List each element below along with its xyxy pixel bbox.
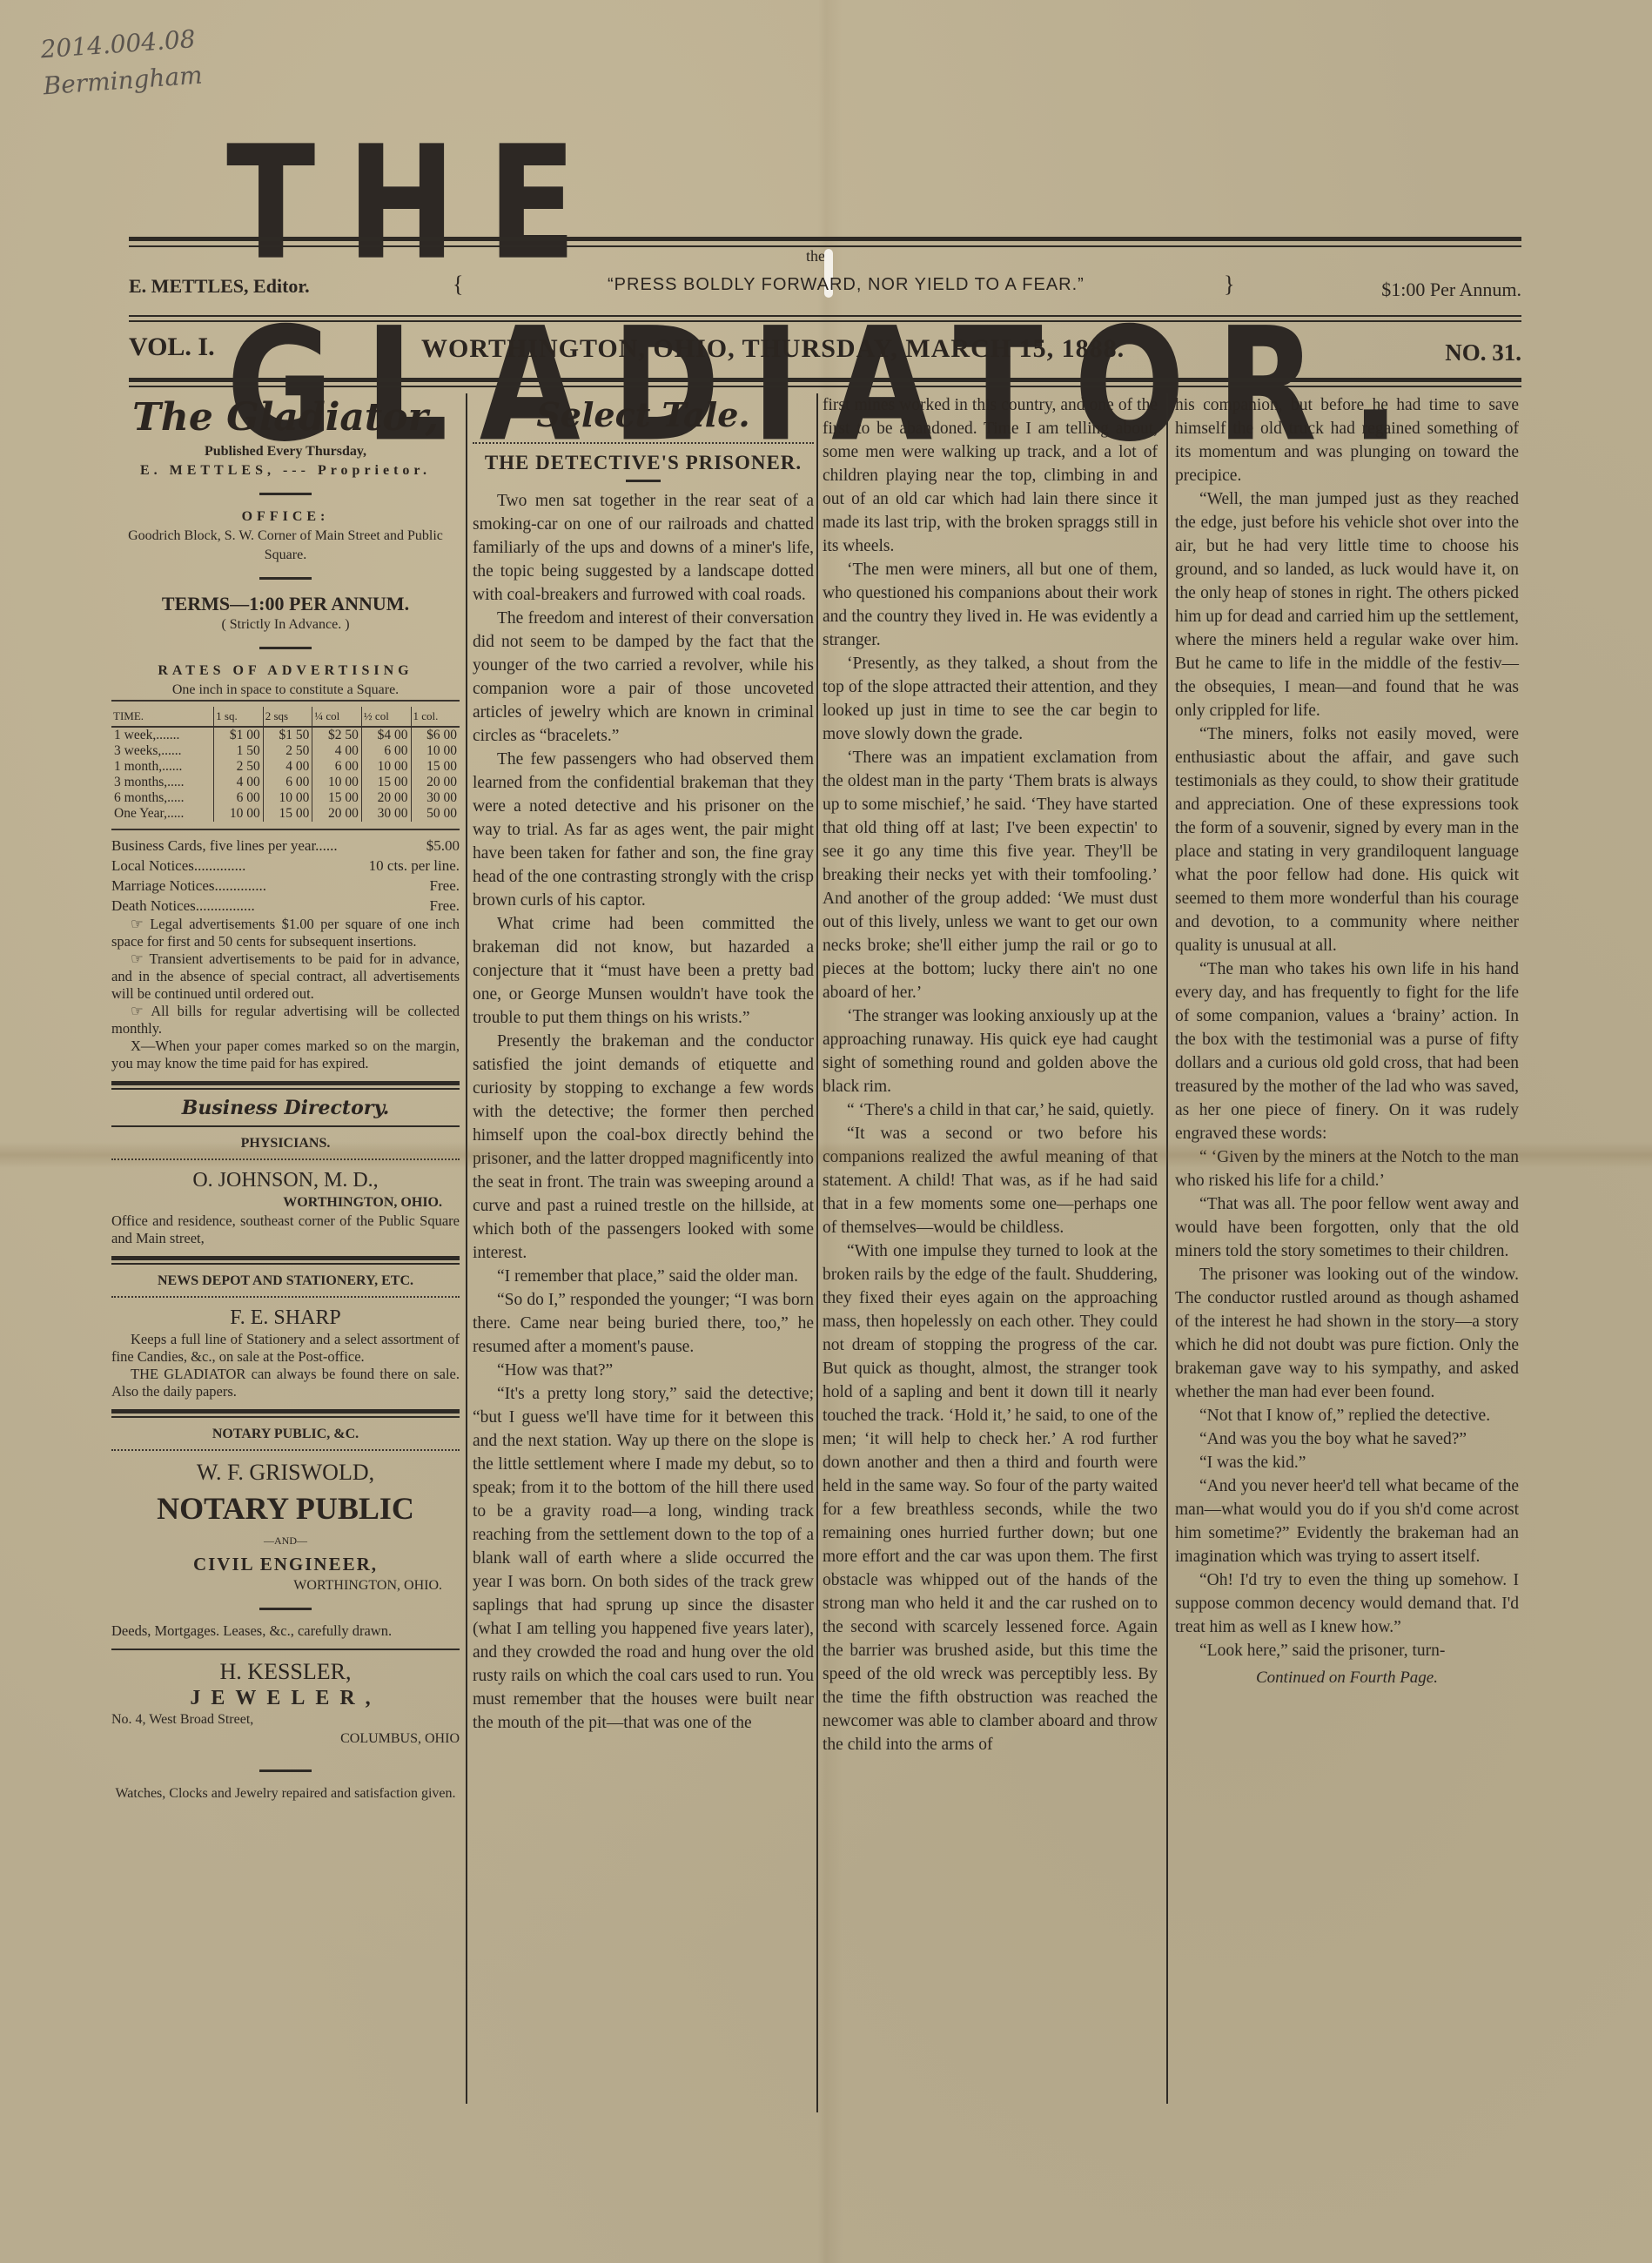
rates-heading: RATES OF ADVERTISING — [111, 661, 460, 681]
terms: TERMS—1:00 PER ANNUM. — [111, 592, 460, 615]
rates-cell: 1 week,....... — [111, 727, 214, 743]
rates-subheading: One inch in space to constitute a Square… — [111, 681, 460, 700]
column-divider — [1166, 393, 1168, 2104]
griswold-and: —AND— — [111, 1529, 460, 1553]
masthead-rule — [129, 245, 1521, 247]
rates-cell: 15 00 — [312, 790, 362, 806]
line-item-value: Free. — [430, 876, 460, 896]
rates-cell: 3 months,..... — [111, 775, 214, 790]
paper-name: The Gladiator, — [111, 393, 460, 442]
paragraph: first mines worked in this country, and … — [823, 393, 1158, 558]
notice: ☞ All bills for regular advertising will… — [111, 1003, 460, 1037]
rates-cell: $1 00 — [214, 727, 264, 743]
rates-cell: 4 00 — [263, 759, 312, 775]
line-item: Local Notices..............10 cts. per l… — [111, 856, 460, 876]
johnson-text: Office and residence, southeast corner o… — [111, 1212, 460, 1247]
line-item-label: Business Cards, five lines per year.....… — [111, 836, 338, 856]
rates-cell: 20 00 — [411, 775, 460, 790]
rates-header: 1 col. — [411, 707, 460, 727]
brace-right: } — [1224, 272, 1234, 298]
rates-cell: $1 50 — [263, 727, 312, 743]
dateline-row: VOL. I. WORTHINGTON, OHIO, THURSDAY, MAR… — [129, 332, 1521, 371]
news-depot-heading: NEWS DEPOT AND STATIONERY, ETC. — [111, 1272, 460, 1291]
paragraph: “I remember that place,” said the older … — [473, 1265, 814, 1288]
rates-cell: 6 months,..... — [111, 790, 214, 806]
rates-cell: $4 00 — [361, 727, 411, 743]
editor-credit: E. METTLES, Editor. — [129, 275, 310, 298]
paragraph: “Not that I know of,” replied the detect… — [1175, 1404, 1519, 1427]
masthead-rule — [129, 315, 1521, 317]
rates-cell: 30 00 — [411, 790, 460, 806]
continued-notice: Continued on Fourth Page. — [1175, 1666, 1519, 1689]
paragraph: “So do I,” responded the younger; “I was… — [473, 1288, 814, 1359]
newspaper-page: 2014.004.08 Bermingham THE GLADIATOR. th… — [0, 0, 1652, 2263]
rates-cell: $2 50 — [312, 727, 362, 743]
masthead-rule — [129, 386, 1521, 387]
rates-header: ¼ col — [312, 707, 362, 727]
rates-row: 1 week,....... $1 00 $1 50 $2 50 $4 00 $… — [111, 727, 460, 743]
paragraph: ‘The stranger was looking anxiously up a… — [823, 1004, 1158, 1098]
office-address: Goodrich Block, S. W. Corner of Main Str… — [111, 527, 460, 565]
griswold-title: NOTARY PUBLIC — [111, 1487, 460, 1529]
masthead-rule — [129, 237, 1521, 241]
paragraph: “How was that?” — [473, 1359, 814, 1382]
paragraph: “The man who takes his own life in his h… — [1175, 957, 1519, 1145]
line-item-value: $5.00 — [426, 836, 460, 856]
rates-header: 2 sqs — [263, 707, 312, 727]
line-item-value: 10 cts. per line. — [369, 856, 460, 876]
griswold-town: WORTHINGTON, OHIO. — [111, 1576, 460, 1595]
line-item-value: Free. — [430, 896, 460, 916]
rates-cell: One Year,..... — [111, 806, 214, 822]
business-directory-heading: Business Directory. — [111, 1097, 460, 1120]
rates-cell: 10 00 — [361, 759, 411, 775]
masthead-subrow: E. METTLES, Editor. { “PRESS BOLDLY FORW… — [129, 272, 1521, 306]
sharp-ad: Keeps a full line of Stationery and a se… — [111, 1331, 460, 1400]
johnson-town: WORTHINGTON, OHIO. — [111, 1193, 460, 1212]
terms-note: ( Strictly In Advance. ) — [111, 615, 460, 635]
paragraph: “Look here,” said the prisoner, turn- — [1175, 1639, 1519, 1662]
column-masthead-ads: The Gladiator, Published Every Thursday,… — [111, 393, 460, 1803]
ad-notices: ☞ Legal advertisements $1.00 per square … — [111, 916, 460, 1072]
paragraph: The prisoner was looking out of the wind… — [1175, 1263, 1519, 1404]
rates-row: 1 month,...... 2 50 4 00 6 00 10 00 15 0… — [111, 759, 460, 775]
rates-row: 3 months,..... 4 00 6 00 10 00 15 00 20 … — [111, 775, 460, 790]
rates-cell: 20 00 — [361, 790, 411, 806]
rates-cell: 6 00 — [361, 743, 411, 759]
paper-fold — [0, 1142, 1652, 1168]
rates-cell: 30 00 — [361, 806, 411, 822]
rates-cell: 15 00 — [361, 775, 411, 790]
sharp-text: THE GLADIATOR can always be found there … — [111, 1366, 460, 1400]
divider — [626, 480, 661, 482]
paragraph: The few passengers who had observed them… — [473, 748, 814, 912]
paragraph: “ ‘There's a child in that car,’ he said… — [823, 1098, 1158, 1122]
griswold-text: Deeds, Mortgages. Leases, &c., carefully… — [111, 1622, 460, 1640]
rates-row: One Year,..... 10 00 15 00 20 00 30 00 5… — [111, 806, 460, 822]
paragraph: “The miners, folks not easily moved, wer… — [1175, 722, 1519, 957]
sharp-text: Keeps a full line of Stationery and a se… — [111, 1331, 460, 1366]
section-rule — [111, 1649, 460, 1650]
line-item: Business Cards, five lines per year.....… — [111, 836, 460, 856]
section-rule — [111, 1409, 460, 1414]
paragraph: “And was you the boy what he saved?” — [1175, 1427, 1519, 1451]
rates-cell: 6 00 — [312, 759, 362, 775]
paragraph: “With one impulse they turned to look at… — [823, 1239, 1158, 1756]
rates-cell: 6 00 — [263, 775, 312, 790]
motto: “PRESS BOLDLY FORWARD, NOR YIELD TO A FE… — [608, 275, 1085, 295]
kessler-town: COLUMBUS, OHIO — [111, 1729, 460, 1749]
rates-cell: 20 00 — [312, 806, 362, 822]
column-story-part1: Select Tale. THE DETECTIVE'S PRISONER. T… — [473, 393, 814, 1735]
paragraph: The freedom and interest of their conver… — [473, 607, 814, 748]
paragraph: “It was a second or two before his compa… — [823, 1122, 1158, 1239]
divider — [259, 1769, 312, 1772]
paragraph: ‘The men were miners, all but one of the… — [823, 558, 1158, 652]
rates-cell: 15 00 — [411, 759, 460, 775]
rates-cell: 10 00 — [312, 775, 362, 790]
kessler-title: JEWELER, — [111, 1687, 460, 1710]
notice: ☞ Legal advertisements $1.00 per square … — [111, 916, 460, 950]
brace-left: { — [453, 272, 463, 298]
notary-heading: NOTARY PUBLIC, &C. — [111, 1425, 460, 1444]
paragraph: “That was all. The poor fellow went away… — [1175, 1192, 1519, 1263]
paragraph: “Oh! I'd try to even the thing up someho… — [1175, 1568, 1519, 1639]
section-rule — [111, 1416, 460, 1418]
section-rule — [111, 1263, 460, 1265]
dateline: WORTHINGTON, OHIO, THURSDAY, MARCH 15, 1… — [421, 334, 1125, 364]
line-item: Marriage Notices..............Free. — [111, 876, 460, 896]
rates-cell: 2 50 — [214, 759, 264, 775]
kessler-text: Watches, Clocks and Jewelry repaired and… — [111, 1784, 460, 1803]
paragraph: ‘Presently, as they talked, a shout from… — [823, 652, 1158, 746]
wavy-rule — [473, 442, 814, 444]
johnson-name: O. JOHNSON, M. D., — [111, 1167, 460, 1193]
griswold-name: W. F. GRISWOLD, — [111, 1458, 460, 1487]
office-label: OFFICE: — [111, 507, 460, 527]
rates-cell: 4 00 — [312, 743, 362, 759]
wavy-rule — [111, 1449, 460, 1451]
rates-cell: 1 month,...... — [111, 759, 214, 775]
section-rule — [111, 1088, 460, 1090]
masthead-rule — [129, 378, 1521, 382]
notice: ☞ Transient advertisements to be paid fo… — [111, 950, 460, 1003]
rates-row: 6 months,..... 6 00 10 00 15 00 20 00 30… — [111, 790, 460, 806]
divider — [259, 493, 312, 495]
line-item-label: Local Notices.............. — [111, 856, 245, 876]
rates-table-box: TIME. 1 sq. 2 sqs ¼ col ½ col 1 col. 1 w… — [111, 700, 460, 830]
published-line: Published Every Thursday, — [111, 442, 460, 461]
line-item-label: Death Notices................ — [111, 896, 255, 916]
paragraph: Two men sat together in the rear seat of… — [473, 489, 814, 607]
rates-table: TIME. 1 sq. 2 sqs ¼ col ½ col 1 col. 1 w… — [111, 707, 460, 822]
divider — [259, 577, 312, 580]
rates-header: 1 sq. — [214, 707, 264, 727]
subscription-price: $1:00 Per Annum. — [1381, 279, 1521, 301]
rates-cell: 50 00 — [411, 806, 460, 822]
column-story-part2: first mines worked in this country, and … — [823, 393, 1158, 1756]
kessler-address: No. 4, West Broad Street, — [111, 1710, 460, 1729]
rates-cell: 4 00 — [214, 775, 264, 790]
volume: VOL. I. — [129, 332, 215, 362]
divider — [259, 647, 312, 649]
rates-cell: 3 weeks,...... — [111, 743, 214, 759]
handwritten-annotation: 2014.004.08 Bermingham — [39, 21, 204, 105]
kessler-name: H. KESSLER, — [111, 1657, 460, 1687]
paragraph: his companion, but before he had time to… — [1175, 393, 1519, 487]
section-rule — [111, 1081, 460, 1085]
proprietor-line: E. METTLES, --- Proprietor. — [111, 461, 460, 480]
griswold-title2: CIVIL ENGINEER, — [111, 1553, 460, 1576]
masthead-the: the — [806, 247, 825, 265]
rates-row: 3 weeks,...... 1 50 2 50 4 00 6 00 10 00 — [111, 743, 460, 759]
masthead-rule — [129, 320, 1521, 322]
rates-cell: 15 00 — [263, 806, 312, 822]
column-divider — [816, 393, 818, 2112]
rates-cell: 10 00 — [263, 790, 312, 806]
sharp-name: F. E. SHARP — [111, 1305, 460, 1331]
rates-cell: 2 50 — [263, 743, 312, 759]
paragraph: “Well, the man jumped just as they reach… — [1175, 487, 1519, 722]
paragraph: What crime had been committed the brakem… — [473, 912, 814, 1030]
issue-number: NO. 31. — [1445, 339, 1521, 366]
rates-cell: 10 00 — [411, 743, 460, 759]
rates-cell: $6 00 — [411, 727, 460, 743]
rates-cell: 6 00 — [214, 790, 264, 806]
column-divider — [466, 393, 467, 2104]
notice: X—When your paper comes marked so on the… — [111, 1037, 460, 1072]
paragraph: “I was the kid.” — [1175, 1451, 1519, 1474]
paragraph: “It's a pretty long story,” said the det… — [473, 1382, 814, 1735]
paragraph: “And you never heer'd tell what became o… — [1175, 1474, 1519, 1568]
ad-line-items: Business Cards, five lines per year.....… — [111, 836, 460, 916]
paragraph: ‘There was an impatient exclamation from… — [823, 746, 1158, 1004]
wavy-rule — [111, 1296, 460, 1298]
section-heading: Select Tale. — [473, 393, 814, 437]
line-item-label: Marriage Notices.............. — [111, 876, 266, 896]
section-rule — [111, 1125, 460, 1127]
rates-header: ½ col — [361, 707, 411, 727]
line-item: Death Notices................Free. — [111, 896, 460, 916]
divider — [259, 1608, 312, 1610]
section-rule — [111, 1256, 460, 1260]
rates-cell: 1 50 — [214, 743, 264, 759]
story-title: THE DETECTIVE'S PRISONER. — [473, 451, 814, 474]
rates-header: TIME. — [111, 707, 214, 727]
column-story-part3: his companion, but before he had time to… — [1175, 393, 1519, 1689]
rates-cell: 10 00 — [214, 806, 264, 822]
